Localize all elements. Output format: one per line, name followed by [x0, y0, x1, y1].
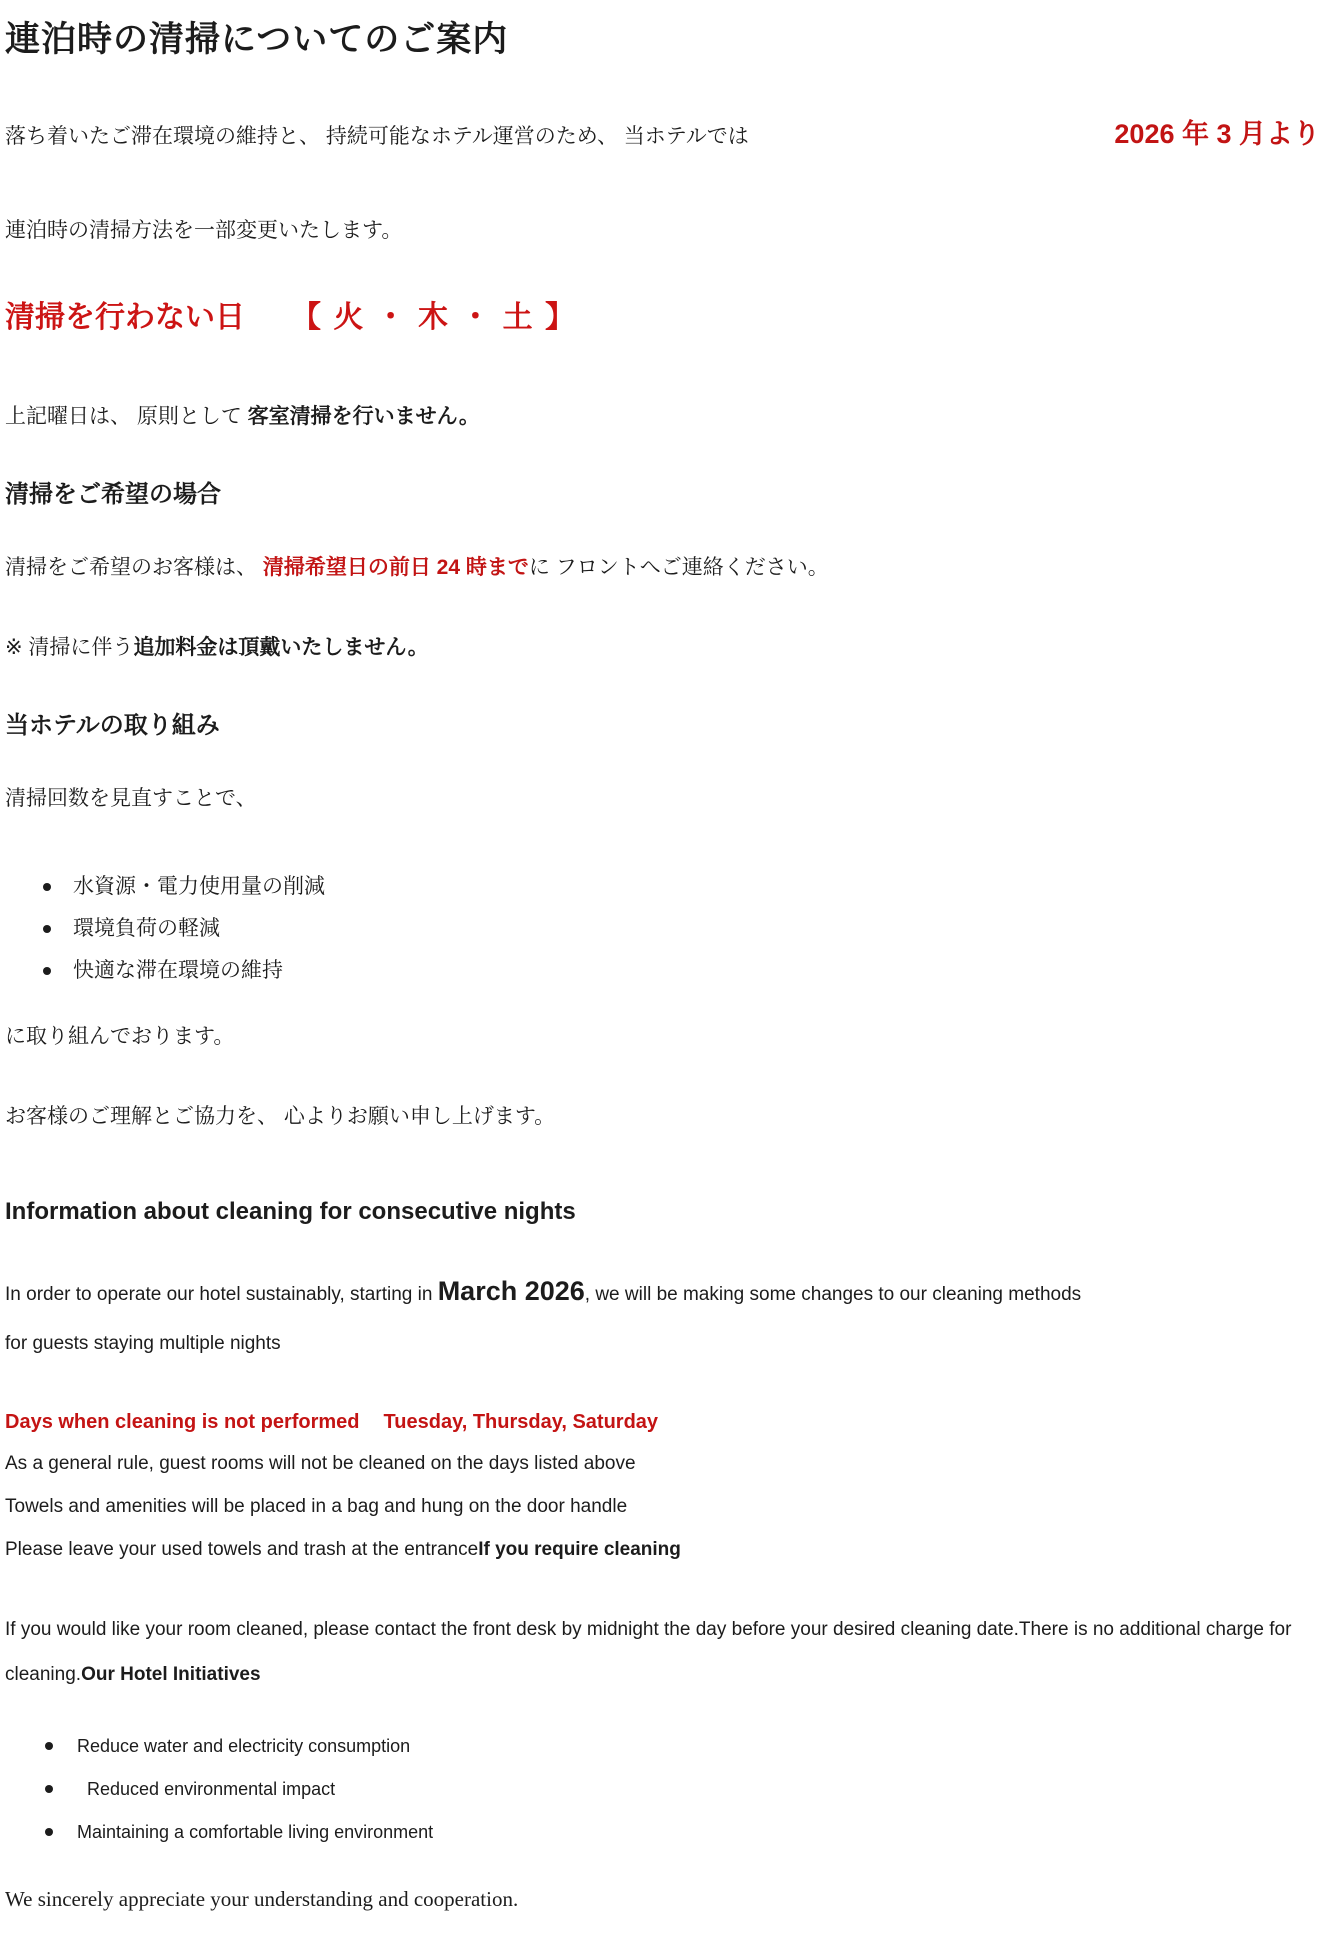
bullet-dot-icon — [43, 925, 51, 933]
en-no-cleaning-line: Days when cleaning is not performed Tues… — [5, 1411, 1328, 1434]
jp-initiatives-outro: に取り組んでおります。 — [5, 1022, 1328, 1052]
jp-request-deadline: 清掃希望日の前日 24 時まで — [263, 556, 529, 579]
jp-initiatives-heading: 当ホテルの取り組み — [5, 705, 1328, 740]
jp-initiative-label: 快適な滞在環境の維持 — [73, 959, 283, 982]
jp-request-post: に フロントへご連絡ください。 — [529, 556, 829, 579]
en-no-cleaning-label: Days when cleaning is not performed — [5, 1411, 360, 1434]
en-rule-line-1: As a general rule, guest rooms will not … — [5, 1450, 1328, 1477]
effective-date: 2026 年 3 月より — [1114, 112, 1320, 151]
en-initiative-label: Reduced environmental impact — [77, 1779, 335, 1799]
en-initiative-label: Reduce water and electricity consumption — [77, 1736, 410, 1756]
jp-initiative-label: 水資源・電力使用量の削減 — [73, 875, 325, 898]
en-initiatives-list: Reduce water and electricity consumption… — [5, 1733, 1328, 1845]
jp-initiative-label: 環境負荷の軽減 — [73, 917, 220, 940]
jp-initiatives-list: 水資源・電力使用量の削減 環境負荷の軽減 快適な滞在環境の維持 — [5, 872, 1328, 986]
jp-initiatives-intro: 清掃回数を見直すことで、 — [5, 784, 1328, 814]
jp-rule-pre: 上記曜日は、 原則として — [5, 405, 248, 428]
en-heading: Information about cleaning for consecuti… — [5, 1198, 1328, 1226]
no-cleaning-label: 清掃を行わない日 — [5, 292, 245, 336]
bullet-dot-icon — [45, 1742, 53, 1750]
en-intro-pre: In order to operate our hotel sustainabl… — [5, 1284, 438, 1305]
jp-closing-line: お客様のご理解とご協力を、 心よりお願い申し上げます。 — [5, 1102, 1328, 1132]
en-rule-3-bold: If you require cleaning — [478, 1539, 681, 1560]
en-initiative-label: Maintaining a comfortable living environ… — [77, 1822, 433, 1842]
en-rule-line-2: Towels and amenities will be placed in a… — [5, 1493, 1328, 1520]
jp-initiative-item: 水資源・電力使用量の削減 — [43, 872, 1328, 902]
en-request-bold: Our Hotel Initiatives — [81, 1664, 260, 1685]
en-effective-date: March 2026 — [438, 1276, 585, 1306]
jp-request-line: 清掃をご希望のお客様は、 清掃希望日の前日 24 時までに フロントへご連絡くだ… — [5, 553, 1328, 583]
bullet-dot-icon — [45, 1828, 53, 1836]
jp-initiative-item: 環境負荷の軽減 — [43, 914, 1328, 944]
notice-document: 連泊時の清掃についてのご案内 落ち着いたご滞在環境の維持と、 持続可能なホテル運… — [0, 0, 1342, 1952]
jp-note-line: ※ 清掃に伴う追加料金は頂戴いたしません。 — [5, 633, 1328, 663]
jp-note-pre: ※ 清掃に伴う — [5, 636, 133, 659]
en-initiative-item: Reduce water and electricity consumption — [45, 1733, 1328, 1759]
jp-intro-row: 落ち着いたご滞在環境の維持と、 持続可能なホテル運営のため、 当ホテルでは 20… — [5, 112, 1328, 152]
jp-request-heading: 清掃をご希望の場合 — [5, 474, 1328, 509]
bullet-dot-icon — [43, 967, 51, 975]
en-intro-line-1: In order to operate our hotel sustainabl… — [5, 1278, 1328, 1308]
en-rule-line-3: Please leave your used towels and trash … — [5, 1536, 1328, 1563]
en-intro-post: , we will be making some changes to our … — [585, 1284, 1081, 1305]
no-cleaning-days: 【 火 ・ 木 ・ 土 】 — [291, 292, 577, 336]
en-intro-line-2: for guests staying multiple nights — [5, 1330, 1328, 1357]
en-closing-line: We sincerely appreciate your understandi… — [5, 1887, 1328, 1912]
jp-initiative-item: 快適な滞在環境の維持 — [43, 956, 1328, 986]
en-no-cleaning-days: Tuesday, Thursday, Saturday — [384, 1411, 659, 1434]
jp-no-cleaning-heading: 清掃を行わない日 【 火 ・ 木 ・ 土 】 — [5, 292, 1328, 336]
en-initiative-item: Reduced environmental impact — [45, 1776, 1328, 1802]
jp-intro-line-2: 連泊時の清掃方法を一部変更いたします。 — [5, 216, 1328, 246]
jp-note-bold: 追加料金は頂戴いたしません。 — [133, 636, 428, 659]
jp-request-pre: 清掃をご希望のお客様は、 — [5, 556, 263, 579]
bullet-dot-icon — [45, 1785, 53, 1793]
en-rule-3-pre: Please leave your used towels and trash … — [5, 1539, 478, 1560]
en-request-paragraph: If you would like your room cleaned, ple… — [5, 1607, 1328, 1697]
document-title: 連泊時の清掃についてのご案内 — [5, 12, 1328, 62]
jp-rule-line: 上記曜日は、 原則として 客室清掃を行いません。 — [5, 402, 1328, 432]
jp-rule-bold: 客室清掃を行いません。 — [248, 405, 480, 428]
en-initiative-item: Maintaining a comfortable living environ… — [45, 1819, 1328, 1845]
bullet-dot-icon — [43, 883, 51, 891]
jp-intro-line-1: 落ち着いたご滞在環境の維持と、 持続可能なホテル運営のため、 当ホテルでは — [5, 122, 749, 152]
